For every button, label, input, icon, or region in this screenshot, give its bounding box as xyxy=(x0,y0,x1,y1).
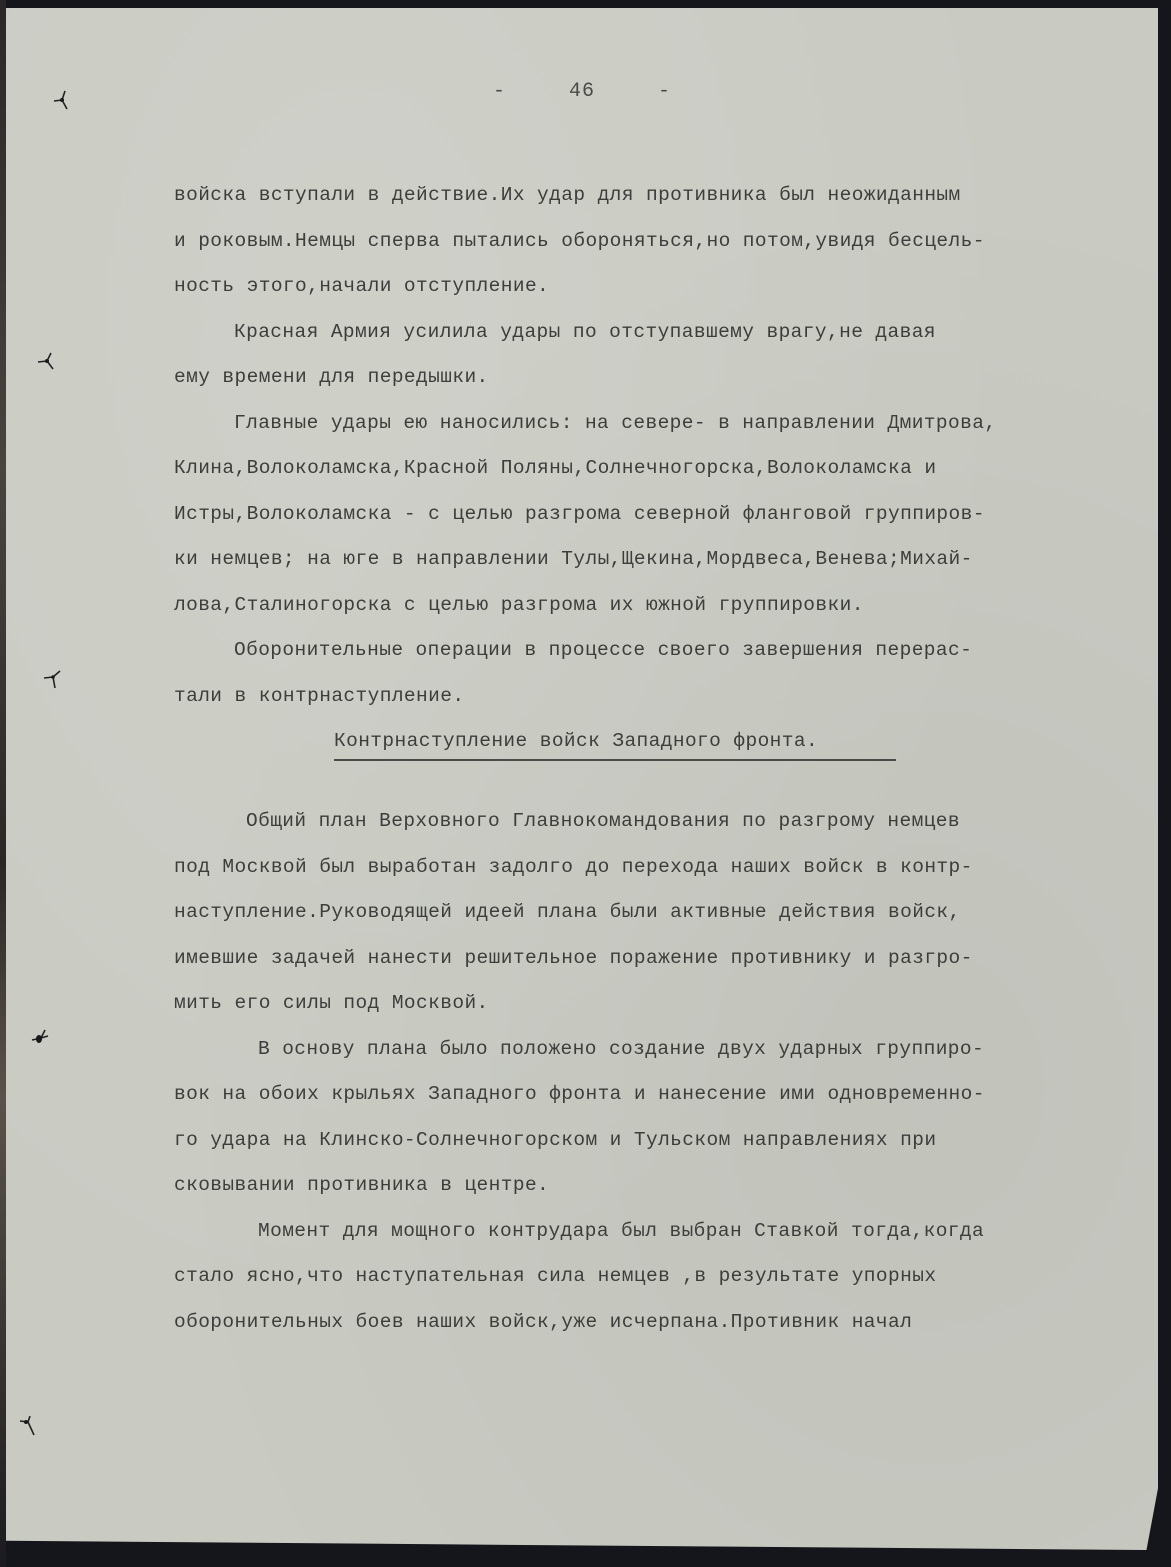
section-heading: Контрнаступление войск Западного фронта. xyxy=(174,719,1149,779)
text-line: ки немцев; на юге в направлении Тулы,Щек… xyxy=(174,537,1149,583)
heading-underline xyxy=(334,759,896,761)
paragraph: Красная Армия усилила удары по отступавш… xyxy=(174,310,1149,401)
document-page: - 46 - войска вступали в действие.Их уда… xyxy=(6,8,1158,1550)
page-number: 46 xyxy=(569,80,595,103)
text-line: имевшие задачей нанести решительное пора… xyxy=(174,936,1149,982)
text-line: ность этого,начали отступление. xyxy=(174,264,1149,310)
punch-hole-icon xyxy=(30,1026,52,1050)
text-line: Красная Армия усилила удары по отступавш… xyxy=(174,310,1149,356)
page-number-dash-right: - xyxy=(658,80,671,103)
text-line: войска вступали в действие.Их удар для п… xyxy=(174,173,1149,219)
text-line: Оборонительные операции в процессе своег… xyxy=(174,628,1149,674)
text-line: В основу плана было положено создание дв… xyxy=(174,1027,1149,1073)
page-number-header: - 46 - xyxy=(6,80,1158,103)
text-line: го удара на Клинско-Солнечногорском и Ту… xyxy=(174,1118,1149,1164)
paragraph: Оборонительные операции в процессе своег… xyxy=(174,628,1149,719)
punch-hole-icon xyxy=(42,668,64,692)
paragraph: В основу плана было положено создание дв… xyxy=(174,1027,1149,1209)
text-line: стало ясно,что наступательная сила немце… xyxy=(174,1254,1149,1300)
text-line: Главные удары ею наносились: на севере- … xyxy=(174,401,1149,447)
text-line: ему времени для передышки. xyxy=(174,355,1149,401)
punch-hole-icon xyxy=(36,351,58,375)
punch-hole-icon xyxy=(18,1413,40,1437)
scan-edge xyxy=(0,0,6,1567)
section-heading-text: Контрнаступление войск Западного фронта. xyxy=(334,730,818,752)
text-line: Общий план Верховного Главнокомандования… xyxy=(174,799,1149,845)
text-line: тали в контрнаступление. xyxy=(174,674,1149,720)
text-line: оборонительных боев наших войск,уже исче… xyxy=(174,1300,1149,1346)
page-number-dash-left: - xyxy=(493,80,506,103)
text-line: под Москвой был выработан задолго до пер… xyxy=(174,845,1149,891)
paragraph: Главные удары ею наносились: на севере- … xyxy=(174,401,1149,629)
text-line: сковывании противника в центре. xyxy=(174,1163,1149,1209)
text-line: лова,Сталиногорска с целью разгрома их ю… xyxy=(174,583,1149,629)
text-line: Клина,Волоколамска,Красной Поляны,Солнеч… xyxy=(174,446,1149,492)
paragraph: Общий план Верховного Главнокомандования… xyxy=(174,799,1149,1027)
punch-hole-icon xyxy=(51,88,73,112)
text-line: мить его силы под Москвой. xyxy=(174,981,1149,1027)
document-body: войска вступали в действие.Их удар для п… xyxy=(174,173,1149,1345)
text-line: вок на обоих крыльях Западного фронта и … xyxy=(174,1072,1149,1118)
paragraph: Момент для мощного контрудара был выбран… xyxy=(174,1209,1149,1346)
text-line: Момент для мощного контрудара был выбран… xyxy=(174,1209,1149,1255)
text-line: и роковым.Немцы сперва пытались оборонят… xyxy=(174,219,1149,265)
text-line: наступление.Руководящей идеей плана были… xyxy=(174,890,1149,936)
spacer xyxy=(174,779,1149,799)
text-line: Истры,Волоколамска - с целью разгрома се… xyxy=(174,492,1149,538)
paragraph: войска вступали в действие.Их удар для п… xyxy=(174,173,1149,310)
